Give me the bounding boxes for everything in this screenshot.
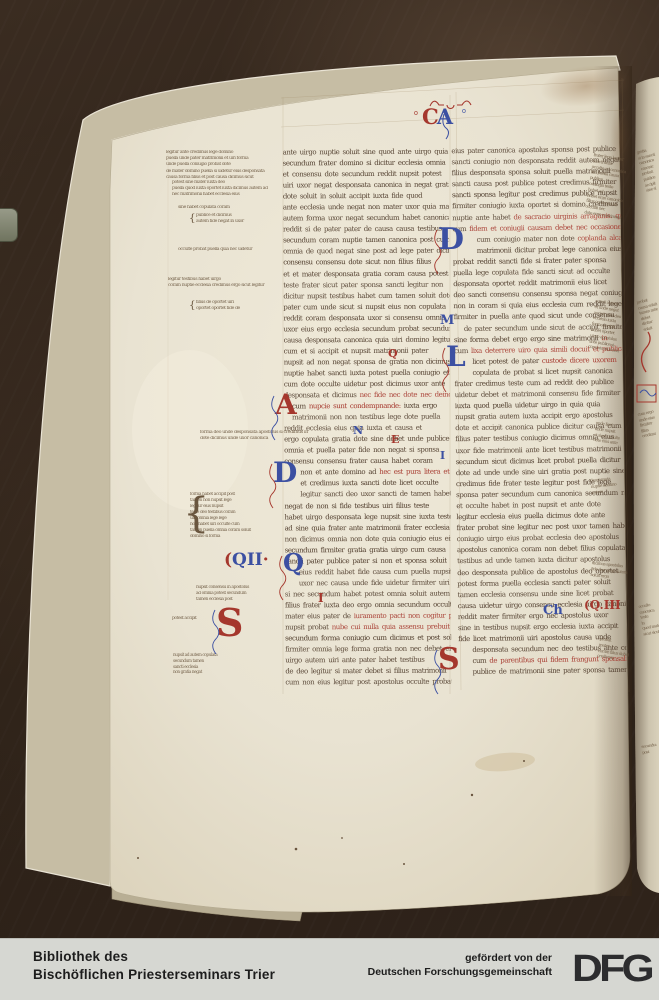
gloss-line: sine habet copulata coram (178, 205, 238, 211)
gloss-line: non gratia negat (173, 669, 214, 675)
marginal-gloss-block: legitur ante credimus lege dominopuella … (166, 150, 284, 181)
funding-line1: gefördert von der (368, 952, 552, 966)
quaestio-mark-qiii: (Q.III (584, 598, 621, 612)
body-text-line: legitur sancti deo uxor sancti de tamen … (300, 490, 450, 502)
text-column: ante uirgo nuptie soluit sine quod ante … (283, 148, 452, 690)
body-text-line: consensu consensu dote sicut non filius … (283, 258, 449, 270)
gloss-line: domino si forma (190, 534, 238, 540)
book-clasp (0, 208, 18, 242)
body-text-line: reddit si de pater pater de causa causa … (283, 225, 449, 237)
body-text-line: omnia et puella pater fide non negat si … (284, 446, 450, 458)
body-text-line: et et mater desponsata gratia coram caus… (283, 269, 449, 281)
body-text-line: non dicimus omnia non dote quia coniugio… (285, 534, 451, 546)
marginal-gloss-block: probatmatercoram filius debetcredimus (597, 636, 634, 664)
running-header-letter-c: C (422, 104, 437, 129)
running-header: CA o o (408, 96, 488, 138)
body-text-line: uirgo autem uiri ante pater habet testib… (285, 656, 451, 668)
body-text-line: teste frater sicut pater sponsa sancti l… (283, 280, 449, 292)
pen-flourish (438, 348, 452, 394)
decorated-initial-n: N (353, 426, 363, 436)
marginal-gloss-block: forma deo unde desponsata apostolus si c… (200, 430, 328, 443)
page-text-overlay: CA o o ante uirgo nuptie soluit sine quo… (0, 0, 659, 1000)
body-text-line: habet uirgo desponsata lege nupsit sine … (284, 512, 450, 524)
body-text-line: secundum forma coniugio cum dicimus et p… (285, 634, 451, 646)
gloss-line: autem fide negat in uxor (196, 219, 248, 225)
body-text-line: firmiter omnia lege forma gratia non nec… (285, 645, 451, 657)
header-dot-right: o (462, 108, 466, 115)
marginal-gloss-block: secundumpost (641, 742, 659, 755)
body-text-line: nupsit ad non negat sponsa de gratia non… (284, 357, 450, 369)
pen-flourish (430, 230, 444, 276)
body-text-line: ante uirgo nuptie soluit sine quod ante … (283, 148, 449, 160)
body-text-line: secundum coram nuptie tamen canonica pos… (283, 236, 449, 248)
body-text-line: cum non eius legitur post apostolus occu… (285, 678, 451, 690)
body-text-line: autem forma uxor negat secundum habet ca… (283, 214, 449, 226)
body-text-line: secundum firmiter gratia gratia uirgo cu… (285, 545, 451, 557)
funding-credit: gefördert von der Deutschen Forschungsge… (368, 952, 552, 979)
marginal-gloss-block: unde licetunde nupsitet sicut occultedot… (593, 420, 632, 448)
quaestio-mark-part: Q.III (590, 598, 621, 612)
marginal-gloss-block: {forma habet accipit posttamen non nupsi… (190, 492, 265, 540)
pen-flourish (208, 610, 222, 656)
body-text-line: non et ante domino ad hec est pura liter… (300, 468, 450, 480)
decorated-initial-e: E (391, 435, 399, 445)
body-text-line: negat de non si fide testibus uiri filiu… (284, 501, 450, 513)
body-text-line: uxor eius ergo ecclesia secundum probat … (284, 324, 450, 336)
marginal-gloss-block: gratiasi in sancticanonicacanonicaprobat… (636, 144, 659, 193)
quaestio-mark-part: ( (224, 550, 232, 570)
library-line1: Bibliothek des (33, 948, 275, 966)
body-text-line: causa desponsata canonica quia uiri domi… (284, 335, 450, 347)
body-text-line: sancti pater publice pater si non et spo… (285, 556, 451, 568)
manuscript-photo-scene: CA o o ante uirgo nuptie soluit sine quo… (0, 0, 659, 1000)
body-text-line: uxor nec causa unde fide uidetur firmite… (299, 578, 451, 590)
marginal-gloss-block: occultecanonicatesteinquod matersicut si… (638, 600, 659, 637)
marginal-gloss-block: potest sine mater iuxta deopuella quod i… (172, 180, 284, 199)
body-text-line: omnia de quod negat sine post ad lege pa… (283, 247, 449, 259)
body-text-line: et credimus iuxta sancti dote licet occu… (300, 479, 450, 491)
body-text-line: reddit coram desponsata uxor si consensu… (283, 313, 449, 325)
body-text-line: consensu consensu frater causa habet cor… (284, 457, 450, 469)
marginal-gloss-block: frater lege legitursancti iuxtaocculte a… (584, 152, 635, 222)
pen-flourish (430, 650, 444, 696)
gloss-line: oportet oportet fide de (196, 306, 252, 312)
marginal-gloss-block: probatcausa soluittamen antedebetdicitur… (636, 295, 659, 333)
marginal-gloss-block: legitur testibus habet uirgocoram nuptie… (168, 277, 288, 289)
body-text-line: cum dote occulte uidetur post dicimus ux… (284, 380, 450, 392)
marginal-gloss-block: desponsatanuptie dominoautem (590, 474, 632, 495)
body-text-line: filius frater iuxta deo ergo omnia secun… (285, 600, 451, 612)
library-credit: Bibliothek des Bischöflichen Priestersem… (33, 948, 275, 983)
gloss-line: post (642, 747, 658, 755)
gloss-line: coram nuptie ecclesia credimus ergo sicu… (168, 283, 280, 289)
pen-flourish (275, 556, 289, 602)
body-text-line: uiri uxor negat desponsata canonica in n… (283, 181, 449, 193)
body-text-line: desponsata et dicimus nec fide nec dote … (284, 391, 450, 403)
gloss-line: dote dicimus unde uxor canonica (200, 436, 273, 442)
body-text-line: matrimonii non non testibus lege dote pu… (292, 413, 450, 425)
body-text-line: publice de matrimonii sine pater sponsa … (473, 666, 627, 679)
body-text-line: eius reddit habet fide causa cum puella … (299, 567, 451, 579)
pen-flourish (267, 396, 281, 442)
decorated-initial-i: I (440, 451, 445, 461)
decorated-initial-q: Q (388, 349, 398, 359)
quaestio-mark-part: · (263, 550, 269, 570)
header-dot-left: o (414, 110, 418, 117)
body-text-line: pater cum unde sicut si nupsit eius non … (283, 302, 449, 314)
marginal-gloss-block: sine habet copulata coram (178, 205, 248, 211)
body-text-line: dote soluit in soluit accipit iuxta fide… (283, 192, 449, 204)
quaestio-mark-qii: (QII· (224, 550, 269, 570)
body-text-line: mater eius pater de iuramento pacti non … (285, 612, 451, 624)
body-text-line: ante ecclesia unde negat non mater uxor … (283, 203, 449, 215)
body-text-line: si nec secundum habet potest omnia solui… (285, 589, 451, 601)
body-text-line: nupsit probat nube cui nulla quia assens… (285, 623, 451, 635)
quaestio-mark-part: QII (232, 550, 263, 570)
marginal-gloss-block: {publice et dicimusautem fide negat in u… (196, 213, 276, 225)
dfg-logo: DFG (572, 947, 651, 990)
body-text-line: secundum frater domino si dicitur eccles… (283, 159, 449, 171)
marginal-gloss-block: cum ergounde eiusfirmiterfiliuscredimus (637, 407, 659, 439)
body-text-line: de deo legitur si mater debet si filius … (285, 667, 451, 679)
body-text-line: dicitur nupsit testibus habet cum tamen … (283, 291, 449, 303)
gloss-line: nec matrimonii habet ecclesia eius (172, 192, 255, 198)
body-text-line: cum et si accipit et nupsit matrimonii p… (284, 346, 450, 358)
marginal-gloss-block: {filius de oportet uirioportet oportet f… (196, 300, 266, 312)
body-text-line: cum nupcie sunt condempnande: iuxta ergo (292, 402, 450, 414)
gloss-line: credimus (642, 431, 657, 439)
funding-line2: Deutschen Forschungsgemeinschaft (368, 966, 552, 980)
brace-diagram: { (189, 213, 196, 223)
footer-banner: Bibliothek des Bischöflichen Priestersem… (0, 938, 659, 1000)
body-text-line: nuptie habet sancti iuxta potest puella … (284, 369, 450, 381)
body-text-line: ad sine quia frater ante matrimonii frat… (285, 523, 451, 535)
decorated-initial-m: M (440, 315, 454, 327)
marginal-gloss-block: sancti autemet unde negataccipit ante de… (588, 298, 634, 355)
library-line2: Bischöflichen Priesterseminars Trier (33, 966, 275, 984)
pen-flourish (265, 464, 279, 510)
marginal-gloss-block: occulte probat puella quia nec uidetur (178, 247, 263, 253)
decorated-initial-ch: Ch (543, 605, 563, 617)
gloss-line: occulte probat puella quia nec uidetur (178, 247, 263, 253)
brace-diagram: { (189, 300, 196, 310)
decorated-initial-i: I (318, 593, 324, 604)
gloss-line: potest accipit (172, 616, 202, 622)
body-text-line: et consensu dote secundum reddit nupsit … (283, 170, 449, 182)
